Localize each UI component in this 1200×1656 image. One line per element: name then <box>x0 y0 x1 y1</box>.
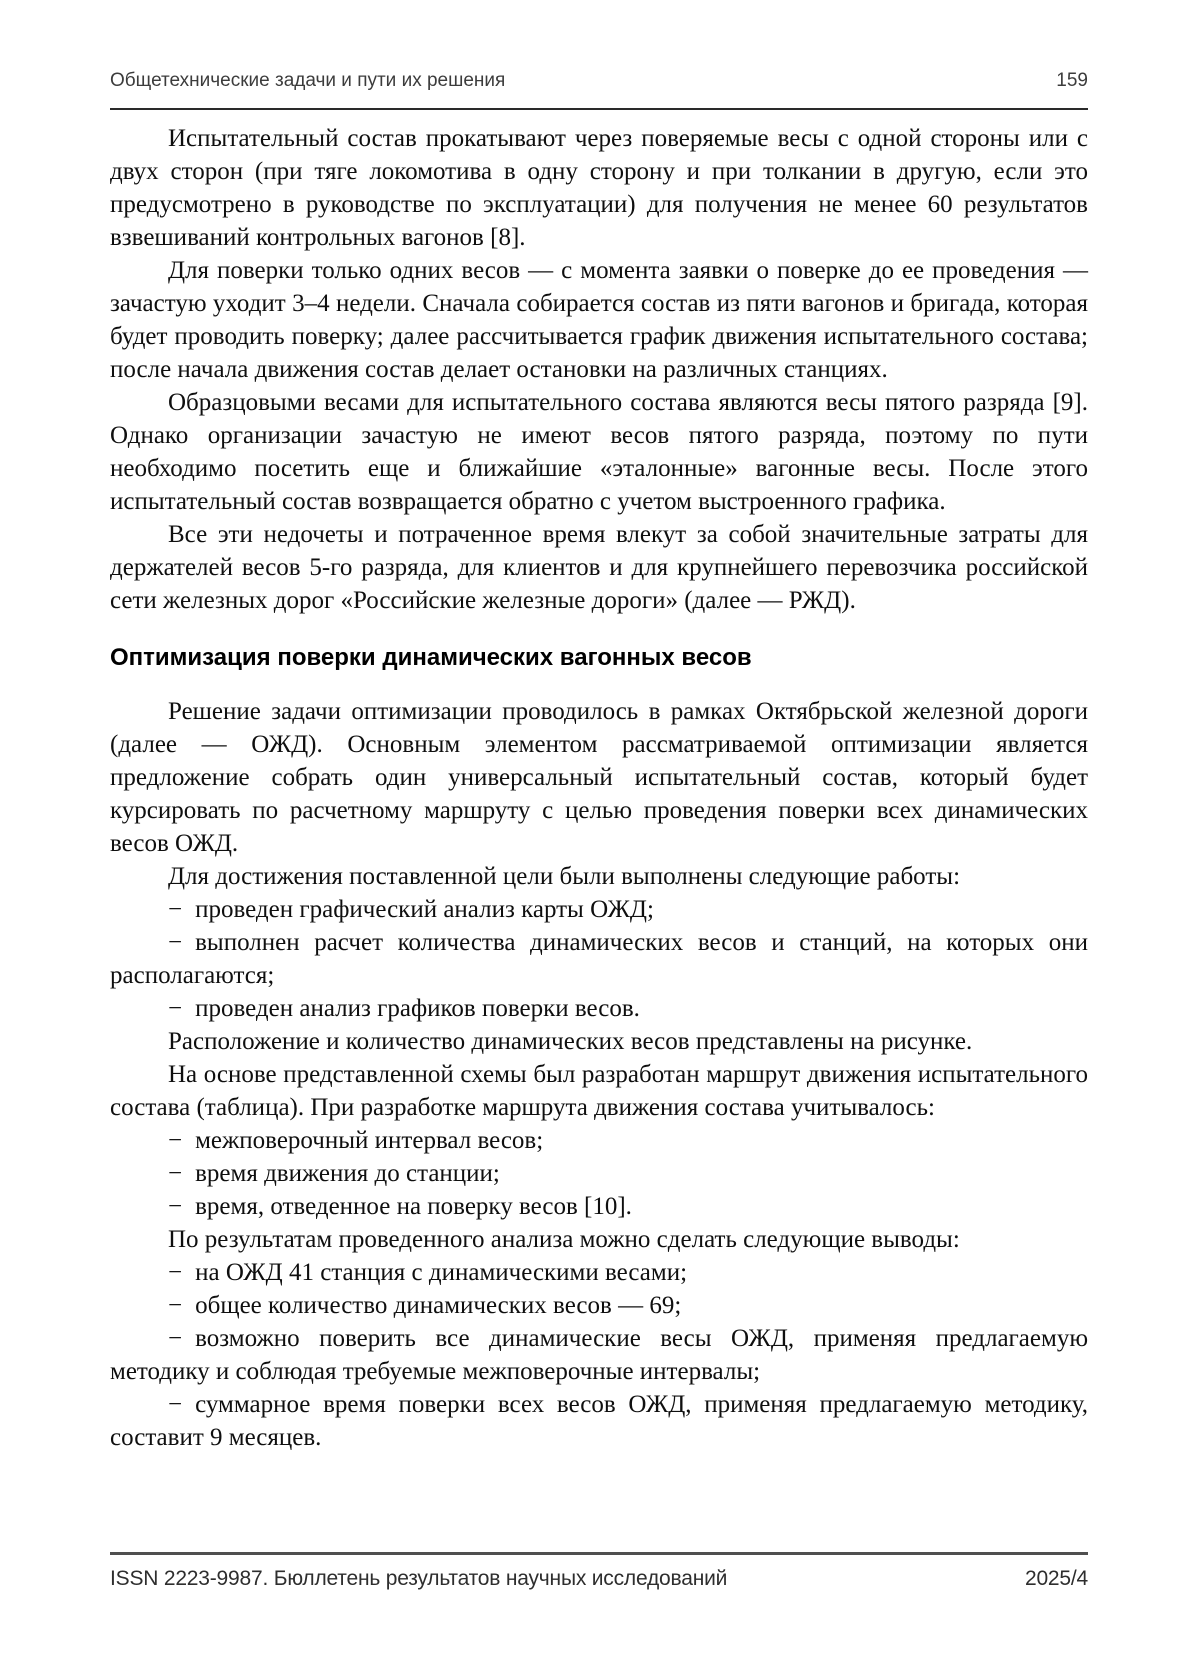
dash-marker: − <box>168 995 195 1022</box>
list-item: −общее количество динамических весов — 6… <box>110 1289 1088 1322</box>
list-item: −суммарное время поверки всех весов ОЖД,… <box>110 1388 1088 1454</box>
list-item: −проведен графический анализ карты ОЖД; <box>110 893 1088 926</box>
list-item-text: время, отведенное на поверку весов [10]. <box>195 1193 632 1220</box>
header-rule <box>110 108 1088 110</box>
dash-marker: − <box>168 1193 195 1220</box>
list-item: −время движения до станции; <box>110 1157 1088 1190</box>
dash-marker: − <box>168 1160 195 1187</box>
list-item-text: на ОЖД 41 станция с динамическими весами… <box>195 1259 687 1286</box>
list-item: −выполнен расчет количества динамических… <box>110 926 1088 992</box>
list-item: −межповерочный интервал весов; <box>110 1124 1088 1157</box>
article-body: Испытательный состав прокатывают через п… <box>110 122 1088 1454</box>
paragraph: Образцовыми весами для испытательного со… <box>110 386 1088 518</box>
footer-issue-number: 2025/4 <box>1025 1567 1088 1591</box>
footer-rule <box>110 1552 1088 1555</box>
document-page: Общетехнические задачи и пути их решения… <box>0 0 1200 1656</box>
section-heading: Оптимизация поверки динамических вагонны… <box>110 644 1088 672</box>
list-item-text: время движения до станции; <box>195 1160 500 1187</box>
paragraph: Расположение и количество динамических в… <box>110 1025 1088 1058</box>
list-item-text: проведен графический анализ карты ОЖД; <box>195 896 654 923</box>
paragraph: На основе представленной схемы был разра… <box>110 1058 1088 1124</box>
list-item-text: межповерочный интервал весов; <box>195 1127 543 1154</box>
paragraph: Все эти недочеты и потраченное время вле… <box>110 518 1088 617</box>
list-item-text: суммарное время поверки всех весов ОЖД, … <box>110 1391 1088 1451</box>
page-number: 159 <box>1056 70 1088 92</box>
dash-marker: − <box>168 1127 195 1154</box>
journal-footer: ISSN 2223-9987. Бюллетень результатов на… <box>110 1567 1088 1591</box>
running-header: Общетехнические задачи и пути их решения… <box>110 70 1088 92</box>
dash-marker: − <box>168 1292 195 1319</box>
paragraph: По результатам проведенного анализа можн… <box>110 1223 1088 1256</box>
dash-marker: − <box>168 1325 195 1352</box>
list-item: −время, отведенное на поверку весов [10]… <box>110 1190 1088 1223</box>
dash-marker: − <box>168 1391 195 1418</box>
list-item-text: возможно поверить все динамические весы … <box>110 1325 1088 1385</box>
list-item: −проведен анализ графиков поверки весов. <box>110 992 1088 1025</box>
running-header-title: Общетехнические задачи и пути их решения <box>110 70 505 92</box>
paragraph: Для поверки только одних весов — с момен… <box>110 254 1088 386</box>
list-item-text: общее количество динамических весов — 69… <box>195 1292 681 1319</box>
paragraph: Для достижения поставленной цели были вы… <box>110 860 1088 893</box>
list-item-text: выполнен расчет количества динамических … <box>110 929 1088 989</box>
dash-marker: − <box>168 929 195 956</box>
list-item-text: проведен анализ графиков поверки весов. <box>195 995 640 1022</box>
dash-marker: − <box>168 1259 195 1286</box>
footer-issn-title: ISSN 2223-9987. Бюллетень результатов на… <box>110 1567 727 1591</box>
dash-marker: − <box>168 896 195 923</box>
paragraph: Испытательный состав прокатывают через п… <box>110 122 1088 254</box>
list-item: −на ОЖД 41 станция с динамическими весам… <box>110 1256 1088 1289</box>
paragraph: Решение задачи оптимизации проводилось в… <box>110 695 1088 860</box>
list-item: −возможно поверить все динамические весы… <box>110 1322 1088 1388</box>
